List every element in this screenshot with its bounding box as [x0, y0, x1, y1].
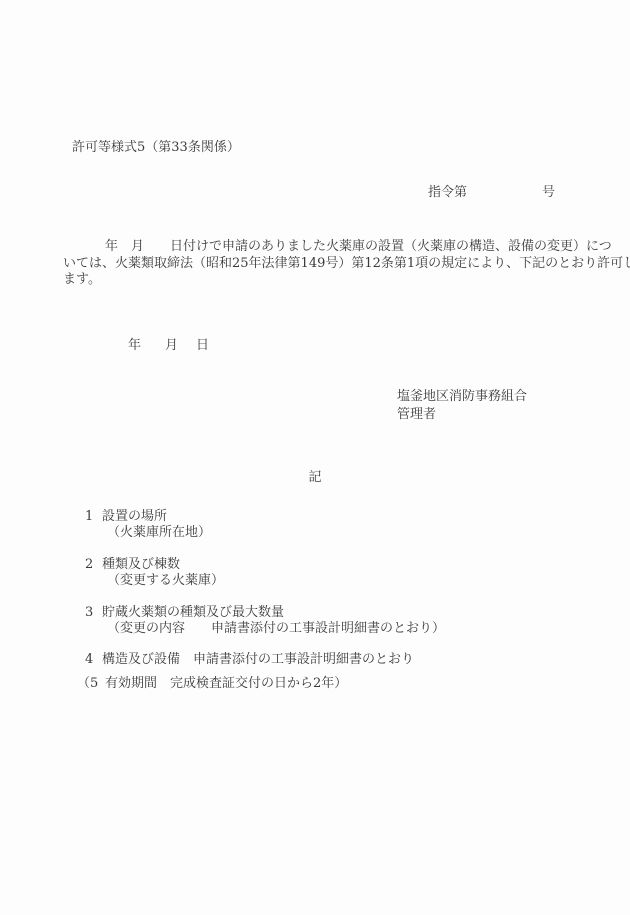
list-item-line: 2種類及び棟数 — [85, 557, 224, 573]
date-year-label: 年 — [128, 338, 141, 353]
date-day-label: 日 — [196, 338, 209, 353]
record-heading: 記 — [0, 466, 630, 485]
item-title: 構造及び設備 申請書添付の工事設計明細書のとおり — [102, 652, 414, 667]
item-sub-line: （火薬庫所在地） — [107, 525, 211, 541]
list-item-line: 4構造及び設備 申請書添付の工事設計明細書のとおり — [85, 652, 414, 668]
issuer-organization: 塩釜地区消防事務組合 — [397, 388, 527, 406]
list-item-3: 3貯蔵火薬類の種類及び最大数量 （変更の内容 申請書添付の工事設計明細書のとおり… — [85, 605, 445, 637]
item-title: 貯蔵火薬類の種類及び最大数量 — [102, 605, 284, 620]
body-line-2: いては、火薬類取締法（昭和25年法律第149号）第12条第1項の規定により、下記… — [63, 256, 630, 273]
issuer-title: 管理者 — [397, 406, 527, 424]
item-sub-line: （変更する火薬庫） — [107, 573, 224, 589]
item-number: 1 — [85, 509, 102, 525]
form-style-label: 許可等様式5（第33条関係） — [72, 136, 240, 155]
body-line-3: ます。 — [63, 272, 630, 289]
item-number: （5 — [77, 676, 105, 692]
item-title: 有効期間 完成検査証交付の日から2年） — [105, 676, 347, 691]
list-item-5: （5有効期間 完成検査証交付の日から2年） — [77, 676, 347, 692]
list-item-1: 1設置の場所 （火薬庫所在地） — [85, 509, 211, 541]
issue-date-line: 年月日 — [128, 334, 209, 353]
directive-prefix: 指令第 — [428, 185, 467, 200]
body-paragraph: 年 月 日付けで申請のありました火薬庫の設置（火薬庫の構造、設備の変更）につ い… — [63, 239, 630, 289]
issuer-block: 塩釜地区消防事務組合 管理者 — [397, 388, 527, 423]
list-item-4: 4構造及び設備 申請書添付の工事設計明細書のとおり — [85, 652, 414, 668]
permit-document-page: 許可等様式5（第33条関係） 指令第号 年 月 日付けで申請のありました火薬庫の… — [0, 0, 630, 915]
list-item-2: 2種類及び棟数 （変更する火薬庫） — [85, 557, 224, 589]
item-number: 2 — [85, 557, 102, 573]
directive-suffix: 号 — [542, 185, 555, 200]
item-sub-line: （変更の内容 申請書添付の工事設計明細書のとおり） — [107, 621, 445, 637]
item-title: 種類及び棟数 — [102, 557, 180, 572]
item-title: 設置の場所 — [102, 509, 167, 524]
directive-number-line: 指令第号 — [428, 181, 555, 200]
body-line-1: 年 月 日付けで申請のありました火薬庫の設置（火薬庫の構造、設備の変更）につ — [63, 239, 630, 256]
list-item-line: 1設置の場所 — [85, 509, 211, 525]
item-number: 3 — [85, 605, 102, 621]
list-item-line: （5有効期間 完成検査証交付の日から2年） — [77, 676, 347, 692]
date-month-label: 月 — [165, 338, 178, 353]
item-number: 4 — [85, 652, 102, 668]
list-item-line: 3貯蔵火薬類の種類及び最大数量 — [85, 605, 445, 621]
